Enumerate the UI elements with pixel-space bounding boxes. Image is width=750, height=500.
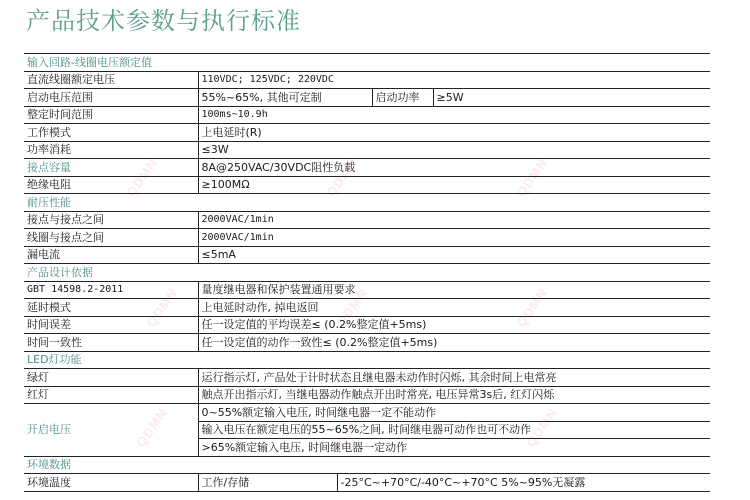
table-row: 环境温度 工作/存储 -25°C~+70°C/-40°C~+70°C 5%~95…	[24, 474, 710, 492]
row-label: 延时模式	[24, 299, 198, 317]
section-header-row: 环境数据	[24, 456, 710, 474]
spec-table: 输入回路-线圈电压额定值 直流线圈额定电压 110VDC; 125VDC; 22…	[24, 53, 710, 492]
row-label: 接点容量	[24, 159, 198, 177]
table-row: 开启电压 0~55%额定输入电压, 时间继电器一定不能动作	[24, 404, 710, 422]
row-label: 时间一致性	[24, 334, 198, 352]
row-label: GBT 14598.2-2011	[24, 281, 198, 299]
row-label: 启动电压范围	[24, 89, 198, 107]
table-row: 接点与接点之间 2000VAC/1min	[24, 211, 710, 229]
table-row: 启动电压范围 55%~65%, 其他可定制 启动功率 ≥5W	[24, 89, 710, 107]
section-header-voltage: 耐压性能	[24, 194, 710, 212]
table-row: 直流线圈额定电压 110VDC; 125VDC; 220VDC	[24, 71, 710, 89]
section-header-row: LED灯功能	[24, 351, 710, 369]
table-row: 绝缘电阻 ≥100MΩ	[24, 176, 710, 194]
row-label: 功率消耗	[24, 141, 198, 159]
row-value: ≤3W	[198, 141, 710, 159]
section-header-row: 产品设计依据	[24, 264, 710, 282]
table-row: 时间误差 任一设定值的平均误差≤ (0.2%整定值+5ms)	[24, 316, 710, 334]
row-value: -25°C~+70°C/-40°C~+70°C 5%~95%无凝露	[337, 474, 710, 492]
section-header-design: 产品设计依据	[24, 264, 710, 282]
row-value: 量度继电器和保护装置通用要求	[198, 281, 710, 299]
row-value: 0~55%额定输入电压, 时间继电器一定不能动作	[198, 404, 710, 422]
row-label: 环境温度	[24, 474, 198, 492]
row-value: ≤5mA	[198, 246, 710, 264]
row-value: 输入电压在额定电压的55~65%之间, 时间继电器可动作也可不动作	[198, 421, 710, 439]
row-value: 任一设定值的平均误差≤ (0.2%整定值+5ms)	[198, 316, 710, 334]
row-label: 线圈与接点之间	[24, 229, 198, 247]
table-row: 工作模式 上电延时(R)	[24, 124, 710, 142]
row-label: 整定时间范围	[24, 106, 198, 124]
section-header-env: 环境数据	[24, 456, 710, 474]
table-row: 线圈与接点之间 2000VAC/1min	[24, 229, 710, 247]
row-value: 上电延时(R)	[198, 124, 710, 142]
row-label: 时间误差	[24, 316, 198, 334]
table-row: 整定时间范围 100ms~10.9h	[24, 106, 710, 124]
table-row: GBT 14598.2-2011 量度继电器和保护装置通用要求	[24, 281, 710, 299]
page-title: 产品技术参数与执行标准	[26, 4, 301, 38]
table-row: 接点容量 8A@250VAC/30VDC阻性负载	[24, 159, 710, 177]
row-value: >65%额定输入电压, 时间继电器一定动作	[198, 439, 710, 457]
row-sub-label: 工作/存储	[198, 474, 337, 492]
table-row: 红灯 触点开出指示灯, 当继电器动作触点开出时常亮, 电压异常3s后, 红灯闪烁	[24, 386, 710, 404]
row-label: 工作模式	[24, 124, 198, 142]
row-label: 红灯	[24, 386, 198, 404]
row-value: 运行指示灯, 产品处于计时状态且继电器未动作时闪烁, 其余时间上电常亮	[198, 369, 710, 387]
row-label: 绿灯	[24, 369, 198, 387]
row-value: 2000VAC/1min	[198, 229, 710, 247]
row-value: 上电延时动作, 掉电返回	[198, 299, 710, 317]
table-row: 时间一致性 任一设定值的动作一致性≤ (0.2%整定值+5ms)	[24, 334, 710, 352]
row-label: 绝缘电阻	[24, 176, 198, 194]
row-value: ≥100MΩ	[198, 176, 710, 194]
section-header-input: 输入回路-线圈电压额定值	[24, 54, 710, 72]
row-value: 110VDC; 125VDC; 220VDC	[198, 71, 710, 89]
row-sub-value: ≥5W	[433, 89, 710, 107]
section-header-row: 输入回路-线圈电压额定值	[24, 54, 710, 72]
row-value: 触点开出指示灯, 当继电器动作触点开出时常亮, 电压异常3s后, 红灯闪烁	[198, 386, 710, 404]
table-row: 功率消耗 ≤3W	[24, 141, 710, 159]
row-label: 漏电流	[24, 246, 198, 264]
section-header-led: LED灯功能	[24, 351, 710, 369]
row-label: 接点与接点之间	[24, 211, 198, 229]
row-value: 2000VAC/1min	[198, 211, 710, 229]
row-label: 开启电压	[24, 404, 198, 457]
table-row: 漏电流 ≤5mA	[24, 246, 710, 264]
row-value: 8A@250VAC/30VDC阻性负载	[198, 159, 710, 177]
section-header-row: 耐压性能	[24, 194, 710, 212]
row-label: 直流线圈额定电压	[24, 71, 198, 89]
row-value: 100ms~10.9h	[198, 106, 710, 124]
row-value: 55%~65%, 其他可定制	[198, 89, 372, 107]
row-sub-label: 启动功率	[372, 89, 433, 107]
table-row: 绿灯 运行指示灯, 产品处于计时状态且继电器未动作时闪烁, 其余时间上电常亮	[24, 369, 710, 387]
row-value: 任一设定值的动作一致性≤ (0.2%整定值+5ms)	[198, 334, 710, 352]
table-row: 延时模式 上电延时动作, 掉电返回	[24, 299, 710, 317]
